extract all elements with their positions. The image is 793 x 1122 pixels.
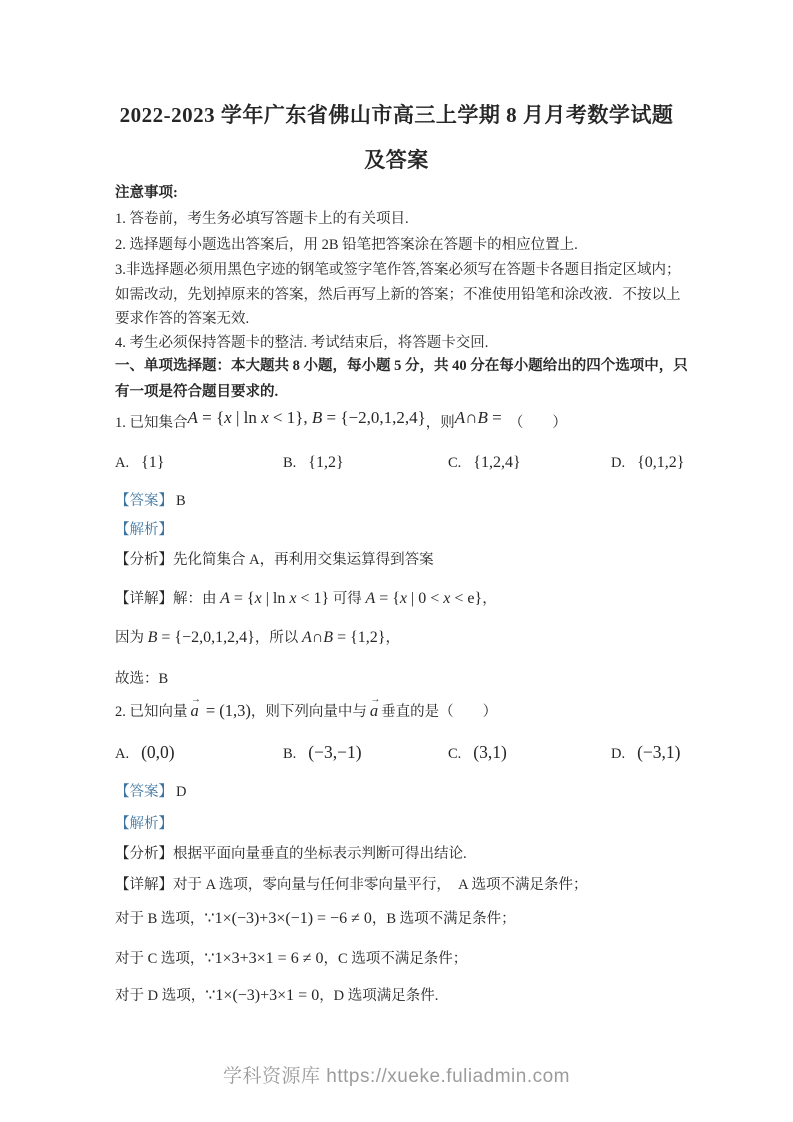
text-run: 故选：B [115, 671, 168, 687]
option-value: (3,1) [473, 742, 507, 762]
option-value: (−3,1) [637, 742, 680, 762]
option-value: (0,0) [141, 742, 175, 762]
math-run: B [148, 629, 158, 646]
question-1-option-a: A.{1} [115, 452, 283, 474]
option-label: D. [611, 746, 625, 762]
math-run: B [312, 408, 322, 427]
question-1-conclusion: 故选：B [115, 670, 753, 690]
text-run: （ ） [502, 415, 567, 431]
math-run: ∵1×(−3)+3×(−1) = −6 ≠ 0 [204, 910, 371, 927]
math-run: < 1}, [269, 408, 312, 427]
text-run: 对于 B 选项， [115, 911, 204, 927]
question-2-option-c: C.(3,1) [448, 741, 611, 765]
text-run: 【详解】对于 A 选项，零向量与任何非零向量平行， A 选项不满足条件； [115, 877, 587, 893]
question-1-stem: 1. 已知集合A = {x | ln x < 1}, B = {−2,0,1,2… [115, 411, 753, 434]
section-heading-line1: 一、单项选择题：本大题共 8 小题，每小题 5 分，共 40 分在每小题给出的四… [115, 357, 753, 377]
math-run: = { [375, 590, 400, 607]
math-run: x [400, 590, 407, 607]
answer-value: B [176, 493, 186, 509]
question-1-answer-row: 【答案】B [115, 492, 753, 512]
vector-variable: a [370, 700, 378, 722]
notice-item-4: 4. 考生必须保持答题卡的整洁. 考试结束后，将答题卡交回. [115, 334, 753, 354]
question-1-options: A.{1} B.{1,2} C.{1,2,4} D.{0,1,2} [115, 452, 753, 474]
math-run: = { [230, 590, 255, 607]
option-label: D. [611, 455, 625, 471]
math-run: x [224, 408, 232, 427]
math-run: = {−2,0,1,2,4} [157, 629, 254, 646]
question-1-xiangjie-line2: 因为 B = {−2,0,1,2,4}，所以 A∩B = {1,2}， [115, 627, 753, 649]
text-run: 【详解】解：由 [115, 591, 220, 607]
notice-item-2: 2. 选择题每小题选出答案后，用 2B 铅笔把答案涂在答题卡的相应位置上. [115, 236, 753, 256]
notice-item-3-line1: 3.非选择题必须用黑色字迹的钢笔或签字笔作答,答案必须写在答题卡各题目指定区域内… [115, 261, 753, 281]
text-run: 垂直的是（ ） [381, 704, 497, 720]
math-run: | 0 < [407, 590, 443, 607]
question-1-xiangjie-line1: 【详解】解：由 A = {x | ln x < 1} 可得 A = {x | 0… [115, 588, 753, 610]
text-run: ，D 选项满足条件. [319, 988, 438, 1004]
jiexi-marker: 【解析】 [115, 522, 173, 538]
math-run: | ln [232, 408, 261, 427]
question-2-stem: 2. 已知向量a = (1,3)，则下列向量中与a垂直的是（ ） [115, 700, 753, 723]
text-run: ，C 选项不满足条件； [323, 951, 467, 967]
math-run: = [488, 408, 502, 427]
question-2-xiangjie-line2: 对于 B 选项，∵1×(−3)+3×(−1) = −6 ≠ 0，B 选项不满足条… [115, 908, 753, 930]
math-run: = {−2,0,1,2,4} [322, 408, 426, 427]
math-run: | ln [262, 590, 290, 607]
option-label: B. [283, 746, 296, 762]
text-run: 因为 [115, 630, 148, 646]
math-run: < e} [450, 590, 482, 607]
option-value: {1,2,4} [473, 454, 520, 471]
math-run: A [455, 408, 465, 427]
question-2-option-d: D.(−3,1) [611, 741, 753, 765]
text-run: 对于 C 选项， [115, 951, 204, 967]
math-run: ∵1×3+3×1 = 6 ≠ 0 [204, 950, 323, 967]
notice-item-3-line2: 如需改动，先划掉原来的答案，然后再写上新的答案；不准使用铅笔和涂改液．不按以上 [115, 286, 753, 306]
option-label: C. [448, 455, 461, 471]
math-run: A [302, 629, 312, 646]
math-run: A [365, 590, 375, 607]
math-run: = { [198, 408, 224, 427]
text-run: 1. 已知集合 [115, 415, 188, 431]
section-heading-line2: 有一项是符合题目要求的. [115, 383, 753, 403]
question-1-option-c: C.{1,2,4} [448, 452, 611, 474]
option-label: B. [283, 455, 296, 471]
option-value: {0,1,2} [637, 454, 684, 471]
math-run: ∵1×(−3)+3×1 = 0 [205, 987, 319, 1004]
question-1-jiexi-row: 【解析】 [115, 521, 753, 541]
question-2-options: A.(0,0) B.(−3,−1) C.(3,1) D.(−3,1) [115, 741, 753, 765]
question-2-jiexi-row: 【解析】 [115, 815, 753, 835]
text-run: 对于 D 选项， [115, 988, 205, 1004]
question-2-xiangjie-line4: 对于 D 选项，∵1×(−3)+3×1 = 0，D 选项满足条件. [115, 985, 753, 1007]
answer-value: D [176, 784, 186, 800]
text-run: ，所以 [255, 630, 302, 646]
option-value: (−3,−1) [308, 742, 361, 762]
math-run: = {1,2} [333, 629, 385, 646]
notice-item-1: 1. 答卷前，考生务必填写答题卡上的有关项目. [115, 210, 753, 230]
text-run: ，B 选项不满足条件； [372, 911, 516, 927]
doc-title-line2: 及答案 [0, 146, 793, 174]
option-label: C. [448, 746, 461, 762]
question-2-answer-row: 【答案】D [115, 783, 753, 803]
notice-item-3-line3: 要求作答的答案无效. [115, 310, 753, 330]
answer-marker: 【答案】 [115, 784, 173, 800]
math-run: x [261, 408, 269, 427]
math-run: B [477, 408, 487, 427]
vector-variable: a [191, 700, 199, 722]
math-run: x [255, 590, 262, 607]
doc-title-line1: 2022-2023 学年广东省佛山市高三上学期 8 月月考数学试题 [0, 101, 793, 129]
math-run: A [188, 408, 198, 427]
text-run: ， [482, 591, 497, 607]
answer-marker: 【答案】 [115, 493, 173, 509]
text-run: ， [385, 630, 400, 646]
question-2-xiangjie-line1: 【详解】对于 A 选项，零向量与任何非零向量平行， A 选项不满足条件； [115, 876, 753, 896]
math-run: B [323, 629, 333, 646]
text-run: ，则 [426, 415, 455, 431]
question-1-fenxi: 【分析】先化简集合 A，再利用交集运算得到答案 [115, 551, 753, 571]
math-run: ∩ [312, 629, 324, 646]
math-run: A [220, 590, 230, 607]
math-run: < 1} [296, 590, 329, 607]
text-run: 可得 [329, 591, 365, 607]
question-2-option-a: A.(0,0) [115, 741, 283, 765]
text-run: ，则下列向量中与 [251, 704, 367, 720]
question-2-option-b: B.(−3,−1) [283, 741, 448, 765]
math-run: ∩ [465, 408, 477, 427]
notice-heading: 注意事项: [115, 184, 753, 204]
option-value: {1} [141, 454, 164, 471]
question-2-fenxi: 【分析】根据平面向量垂直的坐标表示判断可得出结论. [115, 845, 753, 865]
question-1-option-d: D.{0,1,2} [611, 452, 753, 474]
option-label: A. [115, 455, 129, 471]
question-1-option-b: B.{1,2} [283, 452, 448, 474]
site-watermark: 学科资源库 https://xueke.fuliadmin.com [0, 1064, 793, 1090]
option-label: A. [115, 746, 129, 762]
math-run: = (1,3) [202, 701, 251, 720]
jiexi-marker: 【解析】 [115, 816, 173, 832]
text-run: 2. 已知向量 [115, 704, 188, 720]
option-value: {1,2} [308, 454, 343, 471]
exam-document-page: 2022-2023 学年广东省佛山市高三上学期 8 月月考数学试题 及答案 注意… [0, 0, 793, 1122]
question-2-xiangjie-line3: 对于 C 选项，∵1×3+3×1 = 6 ≠ 0，C 选项不满足条件； [115, 948, 753, 970]
